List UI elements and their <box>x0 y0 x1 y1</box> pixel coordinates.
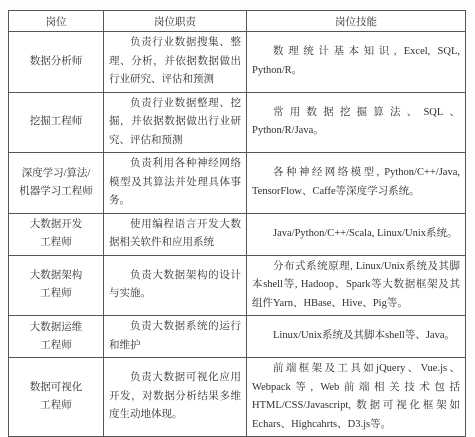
table-row: 大数据开发 工程师 使用编程语言开发大数据相关软件和应用系统 Java/Pyth… <box>9 213 466 255</box>
skills-text: 各种神经网络模型, Python/C++/Java, TensorFlow、Ca… <box>252 164 460 201</box>
skills-cell: 前端框架及工具如jQuery、Vue.js、Webpack等, Web前端相关技… <box>247 358 466 437</box>
header-position: 岗位 <box>9 11 104 32</box>
position-cell: 大数据运维 工程师 <box>9 316 104 358</box>
position-cell: 深度学习/算法/ 机器学习工程师 <box>9 153 104 214</box>
duty-text: 负责行业数据搜集、整理、分析，并依据数据做出行业研究、评估和预测 <box>109 34 241 90</box>
skills-text: 分布式系统原理, Linux/Unix系统及其脚本shell等, Hadoop、… <box>252 258 460 314</box>
position-cell: 大数据开发 工程师 <box>9 213 104 255</box>
table-row: 数据可视化 工程师 负责大数据可视化应用开发，对数据分析结果多维度生动地体现。 … <box>9 358 466 437</box>
skills-cell: Java/Python/C++/Scala, Linux/Unix系统。 <box>247 213 466 255</box>
position-cell: 大数据架构 工程师 <box>9 255 104 316</box>
skills-text: 常用数据挖掘算法、SQL、Python/R/Java。 <box>252 104 460 141</box>
duty-cell: 负责大数据可视化应用开发，对数据分析结果多维度生动地体现。 <box>104 358 247 437</box>
duty-cell: 使用编程语言开发大数据相关软件和应用系统 <box>104 213 247 255</box>
table-row: 挖掘工程师 负责行业数据整理、挖掘，并依据数据做出行业研究、评估和预测 常用数据… <box>9 92 466 153</box>
table-row: 数据分析师 负责行业数据搜集、整理、分析，并依据数据做出行业研究、评估和预测 数… <box>9 32 466 93</box>
table-row: 大数据架构 工程师 负责大数据架构的设计与实施。 分布式系统原理, Linux/… <box>9 255 466 316</box>
duty-text: 负责大数据架构的设计与实施。 <box>109 267 241 304</box>
duty-cell: 负责行业数据整理、挖掘，并依据数据做出行业研究、评估和预测 <box>104 92 247 153</box>
skills-text: 前端框架及工具如jQuery、Vue.js、Webpack等, Web前端相关技… <box>252 360 460 434</box>
skills-cell: Linux/Unix系统及其脚本shell等、Java。 <box>247 316 466 358</box>
skills-text: Java/Python/C++/Scala, Linux/Unix系统。 <box>252 225 460 244</box>
position-cell: 数据可视化 工程师 <box>9 358 104 437</box>
table-row: 大数据运维 工程师 负责大数据系统的运行和维护 Linux/Unix系统及其脚本… <box>9 316 466 358</box>
duty-text: 负责大数据系统的运行和维护 <box>109 318 241 355</box>
header-skills: 岗位技能 <box>247 11 466 32</box>
table-header-row: 岗位 岗位职责 岗位技能 <box>9 11 466 32</box>
skills-cell: 分布式系统原理, Linux/Unix系统及其脚本shell等, Hadoop、… <box>247 255 466 316</box>
duty-text: 使用编程语言开发大数据相关软件和应用系统 <box>109 216 241 253</box>
duty-cell: 负责利用各种神经网络模型及其算法并处理具体事务。 <box>104 153 247 214</box>
duty-text: 负责大数据可视化应用开发，对数据分析结果多维度生动地体现。 <box>109 369 241 425</box>
skills-cell: 常用数据挖掘算法、SQL、Python/R/Java。 <box>247 92 466 153</box>
duty-cell: 负责大数据架构的设计与实施。 <box>104 255 247 316</box>
page: 岗位 岗位职责 岗位技能 数据分析师 负责行业数据搜集、整理、分析，并依据数据做… <box>0 0 475 400</box>
duty-cell: 负责大数据系统的运行和维护 <box>104 316 247 358</box>
job-positions-table: 岗位 岗位职责 岗位技能 数据分析师 负责行业数据搜集、整理、分析，并依据数据做… <box>8 10 466 437</box>
skills-cell: 各种神经网络模型, Python/C++/Java, TensorFlow、Ca… <box>247 153 466 214</box>
duty-text: 负责利用各种神经网络模型及其算法并处理具体事务。 <box>109 155 241 211</box>
table-row: 深度学习/算法/ 机器学习工程师 负责利用各种神经网络模型及其算法并处理具体事务… <box>9 153 466 214</box>
skills-text: 数理统计基本知识, Excel, SQL, Python/R。 <box>252 43 460 80</box>
duty-cell: 负责行业数据搜集、整理、分析，并依据数据做出行业研究、评估和预测 <box>104 32 247 93</box>
skills-cell: 数理统计基本知识, Excel, SQL, Python/R。 <box>247 32 466 93</box>
header-duty: 岗位职责 <box>104 11 247 32</box>
position-cell: 数据分析师 <box>9 32 104 93</box>
duty-text: 负责行业数据整理、挖掘，并依据数据做出行业研究、评估和预测 <box>109 95 241 151</box>
skills-text: Linux/Unix系统及其脚本shell等、Java。 <box>252 327 460 346</box>
position-cell: 挖掘工程师 <box>9 92 104 153</box>
